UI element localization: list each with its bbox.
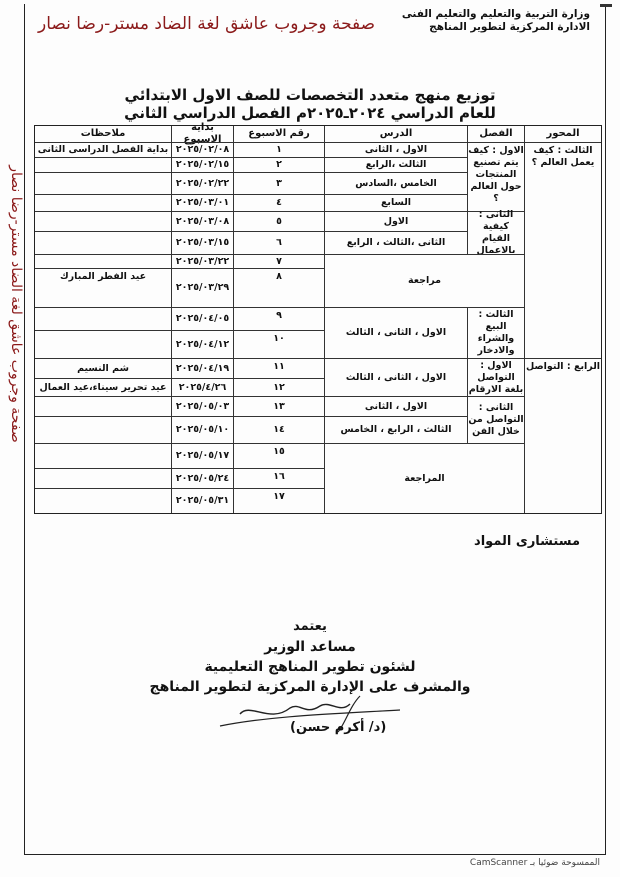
week-start-date: ٢٠٢٥/٠٥/١٠ [171,416,233,443]
week-start-date: ٢٠٢٥/٠٣/٢٢ [171,254,233,268]
week-note [35,330,171,358]
title-line-1: توزيع منهج متعدد التخصصات للصف الاول الا… [0,86,620,104]
week-note [35,211,171,231]
week-note [35,443,171,468]
lesson-cell: الثالث ، الرابع ، الخامس [324,416,467,443]
lesson-cell: الاول ، الثانى ، الثالث [324,307,467,358]
week-number: ٥ [233,211,324,231]
week-note: عيد الفطر المبارك [35,268,171,307]
watermark-top: صفحة وجروب عاشق لغة الضاد مستر-رضا نصار [38,14,375,34]
week-number: ٣ [233,172,324,194]
week-number: ١٤ [233,416,324,443]
week-note [35,396,171,416]
col-header-week-number: رقم الاسبوع [233,126,324,142]
week-start-date: ٢٠٢٥/٠٢/١٥ [171,157,233,172]
week-start-date: ٢٠٢٥/٠٤/٠٥ [171,307,233,330]
document-title: توزيع منهج متعدد التخصصات للصف الاول الا… [0,86,620,122]
week-number: ١٠ [233,330,324,358]
chapter-cell-1: الاول : كيف يتم تصنيع المنتجات حول العال… [467,142,524,211]
title-line-2: للعام الدراسي ٢٠٢٤ـ٢٠٢٥م الفصل الدراسي ا… [0,104,620,122]
week-note [35,488,171,513]
signer-title-2: لشئون تطوير المناهج التعليمية [0,657,620,677]
week-number: ١٢ [233,378,324,396]
week-note [35,231,171,254]
ministry-header: وزارة التربية والتعليم والتعليم الفنى ال… [402,8,590,34]
lesson-cell: الاول ، الثانى ، الثالث [324,358,467,396]
watermark-side-text: صفحة وجروب عاشق لغة الضاد مستر-رضا نصار [8,164,24,444]
week-note: بداية الفصل الدراسى الثانى [35,142,171,157]
lesson-cell-final-review: المراجعة [324,443,524,513]
week-number: ١ [233,142,324,157]
week-number: ٩ [233,307,324,330]
col-header-lesson: الدرس [324,126,467,142]
week-number: ١٧ [233,488,324,513]
ministry-line-1: وزارة التربية والتعليم والتعليم الفنى [402,8,590,21]
lesson-cell: الثانى ،الثالث ، الرابع [324,231,467,254]
week-start-date: ٢٠٢٥/٠٣/٠١ [171,194,233,211]
consultants-label: مستشارى المواد [474,534,580,549]
week-start-date: ٢٠٢٥/٤/٢٦ [171,378,233,396]
camscanner-footer: الممسوحة ضوئيا بـ CamScanner [470,858,600,868]
week-start-date: ٢٠٢٥/٠٥/٢٤ [171,468,233,488]
week-number: ٨ [233,268,324,307]
week-note [35,307,171,330]
signer-title-1: مساعد الوزير [0,637,620,657]
signer-name: (د/ أكرم حسن) [290,720,386,735]
week-number: ١٥ [233,443,324,468]
lesson-cell: الاول ، الثانى [324,396,467,416]
col-header-notes: ملاحظات [35,126,171,142]
week-number: ١٦ [233,468,324,488]
watermark-side: صفحة وجروب عاشق لغة الضاد مستر-رضا نصار [4,168,28,448]
week-note [35,157,171,172]
week-number: ١٣ [233,396,324,416]
axis-cell-3: الثالث : كيف يعمل العالم ؟ [524,142,601,358]
week-start-date: ٢٠٢٥/٠٣/٠٨ [171,211,233,231]
week-start-date: ٢٠٢٥/٠٤/١٢ [171,330,233,358]
chapter-cell-3: الثالث : البيع والشراء والادخار [467,307,524,358]
lesson-cell: الاول ، الثانى [324,142,467,157]
week-start-date: ٢٠٢٥/٠٣/١٥ [171,231,233,254]
week-note: شم النسيم [35,358,171,378]
week-note [35,254,171,268]
week-start-date: ٢٠٢٥/٠٥/١٧ [171,443,233,468]
lesson-cell: السابع [324,194,467,211]
week-start-date: ٢٠٢٥/٠٥/٣١ [171,488,233,513]
lesson-cell-review: مراجعة [324,254,524,307]
lesson-cell: الاول [324,211,467,231]
week-start-date: ٢٠٢٥/٠٤/١٩ [171,358,233,378]
week-start-date: ٢٠٢٥/٠٣/٢٩ [171,268,233,307]
week-start-date: ٢٠٢٥/٠٢/٠٨ [171,142,233,157]
week-start-date: ٢٠٢٥/٠٢/٢٢ [171,172,233,194]
week-number: ٧ [233,254,324,268]
corner-mark [600,4,612,7]
chapter-cell-4: الاول : التواصل بلغة الارقام [467,358,524,396]
approval-block: يعتمد مساعد الوزير لشئون تطوير المناهج ا… [0,617,620,697]
axis-cell-4: الرابع : التواصل [524,358,601,513]
week-number: ٤ [233,194,324,211]
col-header-axis: المحور [524,126,601,142]
week-note [35,416,171,443]
approve-label: يعتمد [0,617,620,637]
col-header-chapter: الفصل [467,126,524,142]
week-note [35,194,171,211]
week-number: ٦ [233,231,324,254]
week-number: ١١ [233,358,324,378]
lesson-cell: الثالث ،الرابع [324,157,467,172]
week-note [35,468,171,488]
week-number: ٢ [233,157,324,172]
chapter-cell-5: الثانى : التواصل من خلال الفن [467,396,524,443]
week-start-date: ٢٠٢٥/٠٥/٠٣ [171,396,233,416]
week-note [35,172,171,194]
curriculum-table: المحور الفصل الدرس رقم الاسبوع بداية الا… [34,125,602,514]
col-header-week-start: بداية الاسبوع [171,126,233,142]
ministry-line-2: الادارة المركزية لتطوير المناهج [402,21,590,34]
lesson-cell: الخامس ،السادس [324,172,467,194]
week-note: عيد تحرير سيناء،عيد العمال [35,378,171,396]
chapter-cell-2: الثانى : كيفية القيام بالاعمال [467,211,524,254]
